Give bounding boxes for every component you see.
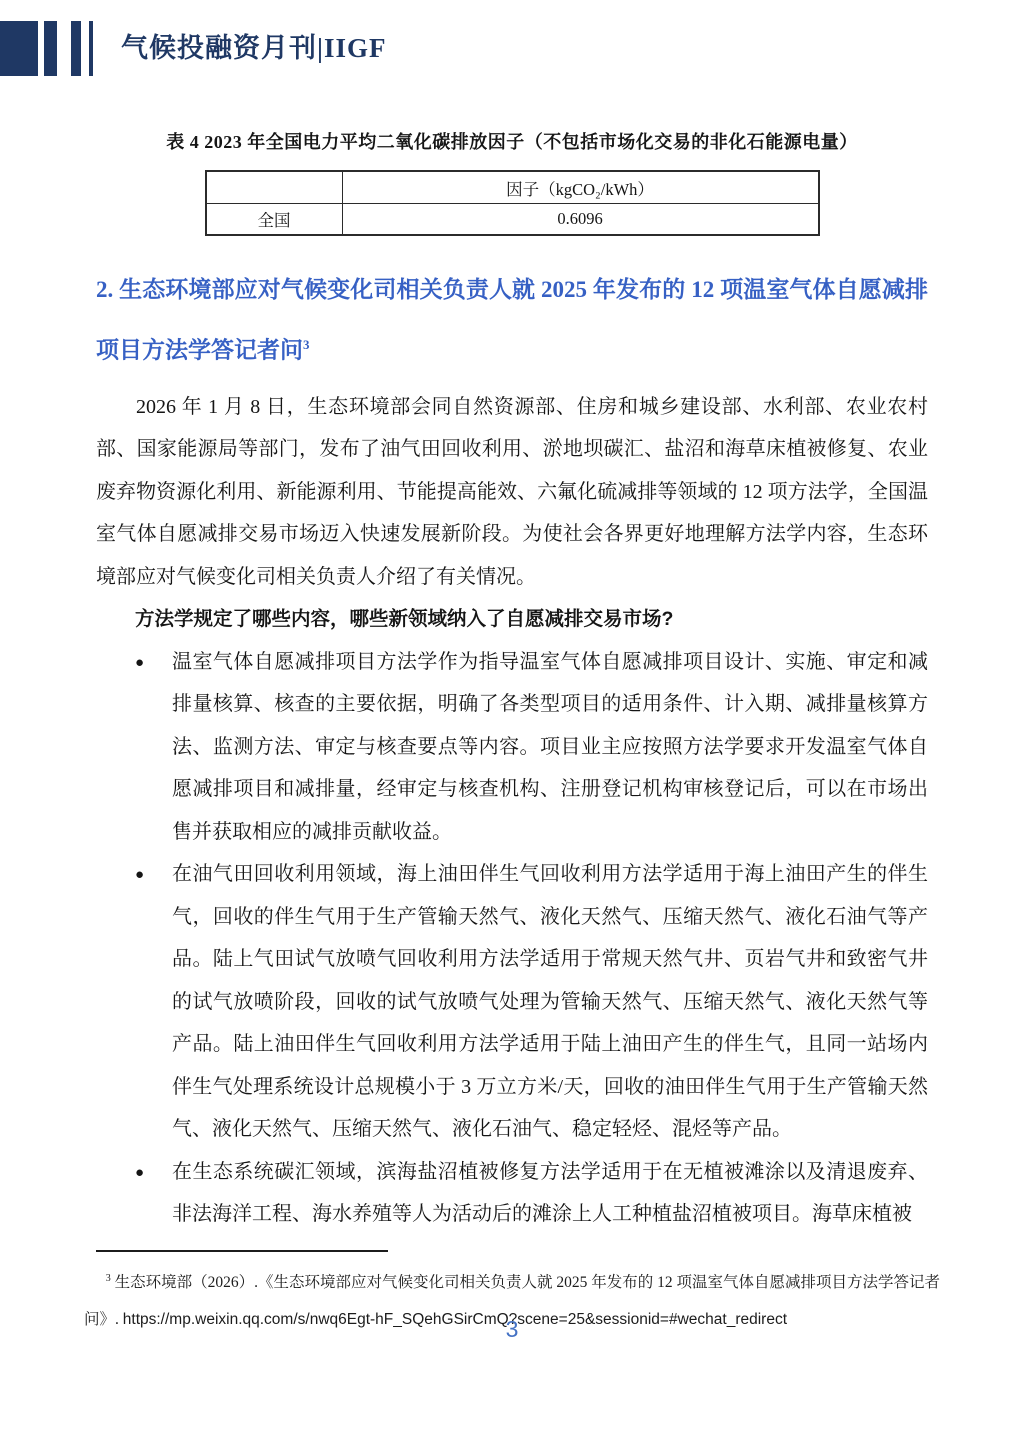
table-header-factor: 因子（kgCO₂/kWh） xyxy=(342,171,819,204)
table-header-region xyxy=(206,171,343,204)
intro-paragraph: 2026 年 1 月 8 日，生态环境部会同自然资源部、住房和城乡建设部、水利部… xyxy=(96,386,928,599)
footnote-separator xyxy=(96,1250,388,1252)
list-item: ● 温室气体自愿减排项目方法学作为指导温室气体自愿减排项目设计、实施、审定和减排… xyxy=(96,641,928,854)
page-header: 气候投融资月刊|IIGF xyxy=(0,20,386,76)
list-item-text: 温室气体自愿减排项目方法学作为指导温室气体自愿减排项目设计、实施、审定和减排量核… xyxy=(172,651,928,843)
table-header-row: 因子（kgCO₂/kWh） xyxy=(206,171,819,204)
bullet-icon: ● xyxy=(135,642,144,685)
logo-bar-icon xyxy=(89,21,93,76)
bullet-icon: ● xyxy=(135,854,144,897)
logo-bar-icon xyxy=(0,21,38,76)
page-number: 3 xyxy=(0,1316,1024,1343)
bullet-icon: ● xyxy=(135,1152,144,1195)
table-row: 全国 0.6096 xyxy=(206,204,819,236)
table-cell-value: 0.6096 xyxy=(342,204,819,236)
list-item: ● 在油气田回收利用领域，海上油田伴生气回收利用方法学适用于海上油田产生的伴生气… xyxy=(96,853,928,1151)
footnote-marker: 3 xyxy=(106,1273,111,1284)
footnote-reference: 3 xyxy=(303,337,310,352)
list-item-text: 在油气田回收利用领域，海上油田伴生气回收利用方法学适用于海上油田产生的伴生气，回… xyxy=(172,863,928,1140)
iigf-logo-bars-icon xyxy=(0,21,93,76)
question-heading: 方法学规定了哪些内容，哪些新领域纳入了自愿减排交易市场? xyxy=(96,598,928,641)
emission-factor-table: 因子（kgCO₂/kWh） 全国 0.6096 xyxy=(205,170,820,236)
table-cell-region: 全国 xyxy=(206,204,343,236)
list-item: ● 在生态系统碳汇领域，滨海盐沼植被修复方法学适用于在无植被滩涂以及清退废弃、非… xyxy=(96,1151,928,1236)
page-content: 表 4 2023 年全国电力平均二氧化碳排放因子（不包括市场化交易的非化石能源电… xyxy=(96,118,928,1236)
logo-bar-icon xyxy=(44,21,57,76)
list-item-text: 在生态系统碳汇领域，滨海盐沼植被修复方法学适用于在无植被滩涂以及清退废弃、非法海… xyxy=(172,1161,928,1226)
section-heading-text: 2. 生态环境部应对气候变化司相关负责人就 2025 年发布的 12 项温室气体… xyxy=(96,277,928,363)
section-heading: 2. 生态环境部应对气候变化司相关负责人就 2025 年发布的 12 项温室气体… xyxy=(96,262,928,378)
table-caption: 表 4 2023 年全国电力平均二氧化碳排放因子（不包括市场化交易的非化石能源电… xyxy=(96,128,928,154)
publication-title: 气候投融资月刊|IIGF xyxy=(121,21,386,76)
document-page: 气候投融资月刊|IIGF 表 4 2023 年全国电力平均二氧化碳排放因子（不包… xyxy=(0,0,1024,1447)
logo-bar-icon xyxy=(71,21,81,76)
